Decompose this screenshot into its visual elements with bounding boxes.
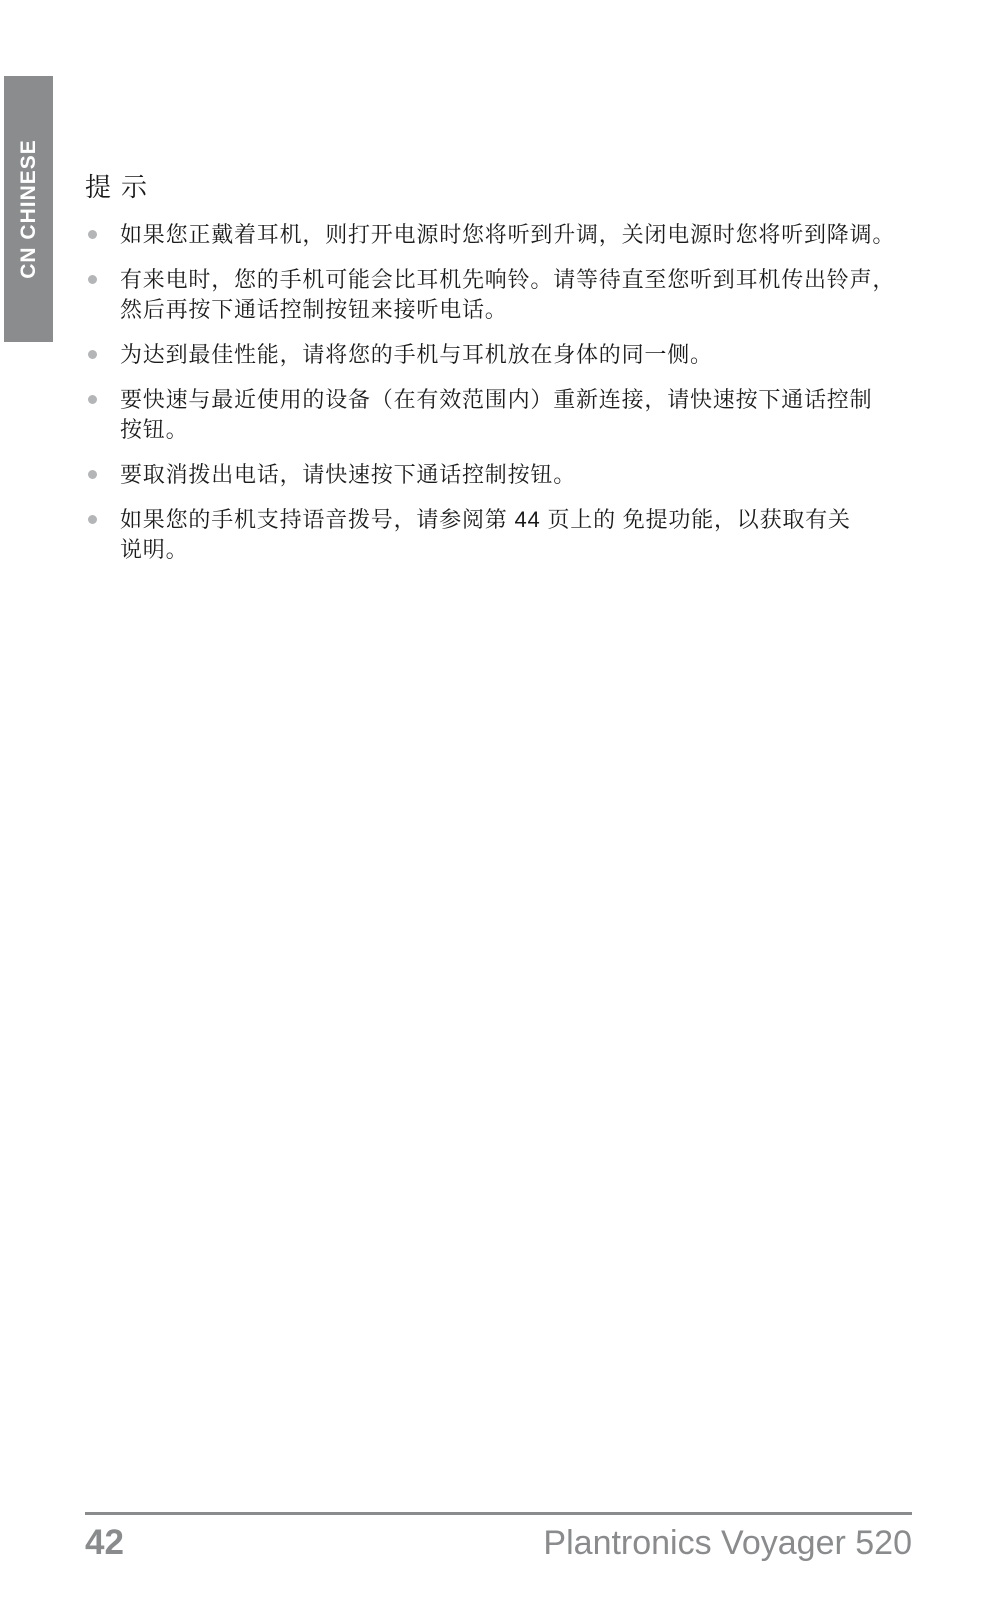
bullet-icon (88, 275, 97, 284)
language-tab: CN CHINESE (4, 76, 53, 342)
tip-text: 要取消拨出电话，请快速按下通话控制按钮。 (120, 460, 576, 490)
page-title: 提示 (85, 170, 900, 204)
footer-divider (85, 1512, 912, 1515)
list-item: 如果您的手机支持语音拨号，请参阅第 44 页上的 免提功能，以获取有关 说明。 (85, 505, 900, 565)
tip-text: 有来电时，您的手机可能会比耳机先响铃。请等待直至您听到耳机传出铃声， 然后再按下… (120, 265, 895, 325)
bullet-icon (88, 230, 97, 239)
tips-list: 如果您正戴着耳机，则打开电源时您将听到升调，关闭电源时您将听到降调。 有来电时，… (85, 220, 900, 565)
tip-text: 如果您的手机支持语音拨号，请参阅第 44 页上的 免提功能，以获取有关 说明。 (120, 505, 851, 565)
bullet-icon (88, 470, 97, 479)
bullet-icon (88, 350, 97, 359)
footer-page-number: 42 (85, 1524, 124, 1562)
list-item: 要快速与最近使用的设备（在有效范围内）重新连接，请快速按下通话控制 按钮。 (85, 385, 900, 445)
manual-page: CN CHINESE 提示 如果您正戴着耳机，则打开电源时您将听到升调，关闭电源… (0, 0, 997, 1601)
footer-product-name: Plantronics Voyager 520 (543, 1524, 912, 1562)
list-item: 如果您正戴着耳机，则打开电源时您将听到升调，关闭电源时您将听到降调。 (85, 220, 900, 250)
bullet-icon (88, 395, 97, 404)
tip-text: 为达到最佳性能，请将您的手机与耳机放在身体的同一侧。 (120, 340, 713, 370)
bullet-icon (88, 515, 97, 524)
page-content: 提示 如果您正戴着耳机，则打开电源时您将听到升调，关闭电源时您将听到降调。 有来… (85, 170, 900, 580)
language-tab-label: CN CHINESE (17, 139, 41, 279)
tip-text: 要快速与最近使用的设备（在有效范围内）重新连接，请快速按下通话控制 按钮。 (120, 385, 872, 445)
list-item: 有来电时，您的手机可能会比耳机先响铃。请等待直至您听到耳机传出铃声， 然后再按下… (85, 265, 900, 325)
list-item: 为达到最佳性能，请将您的手机与耳机放在身体的同一侧。 (85, 340, 900, 370)
list-item: 要取消拨出电话，请快速按下通话控制按钮。 (85, 460, 900, 490)
tip-text: 如果您正戴着耳机，则打开电源时您将听到升调，关闭电源时您将听到降调。 (120, 220, 895, 250)
